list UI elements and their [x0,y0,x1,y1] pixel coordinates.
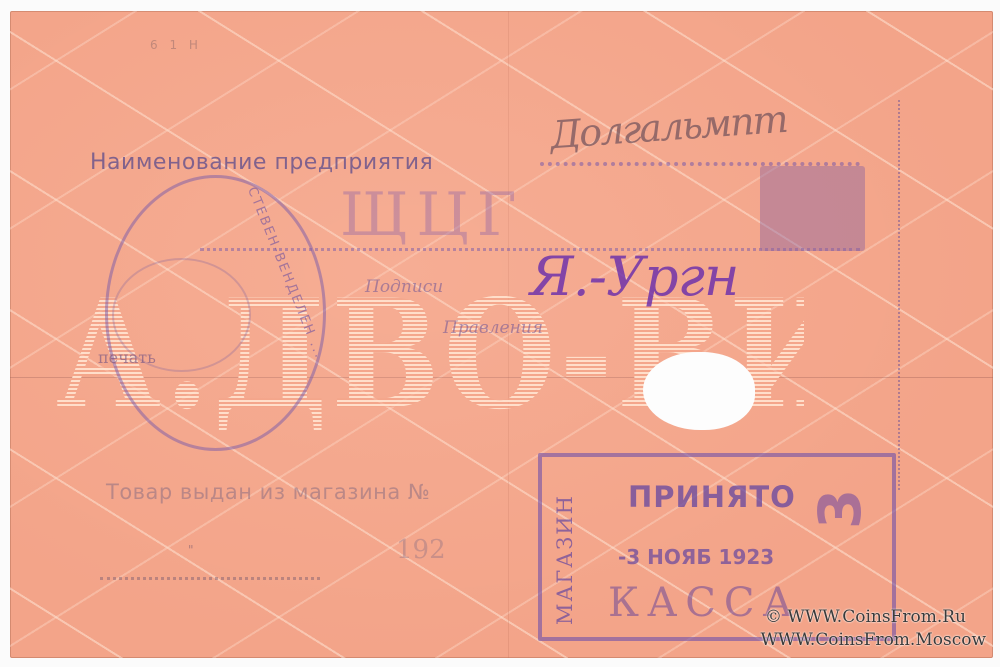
dotted-line-right [898,100,900,490]
seal-label: печать [98,348,156,367]
year-label: 192 [396,535,446,565]
watermark-letter: К [972,280,1000,430]
serial-fragment: 6 1 Н [150,38,202,52]
board-label: Правления [443,318,543,338]
cancellation-hole [643,352,755,430]
handwritten-signature: Я.-Ургн [530,245,738,308]
rectangular-ink-stamp [760,166,865,251]
enterprise-name-label: Наименование предприятия [90,150,433,175]
faded-stamp-mark: ЩЦГ [340,180,525,250]
box-stamp-number: 3 [806,489,874,529]
date-quote-mark: " [188,543,194,557]
box-stamp-side-text: МАГАЗИН [553,494,577,625]
box-stamp-title: ПРИНЯТО [628,480,796,514]
watermark-letter: ВО [331,280,559,430]
goods-issued-label: Товар выдан из магазина № [106,480,430,504]
box-stamp-date: -3 НОЯБ 1923 [618,545,774,569]
watermark-credit-ru: © WWW.CoinsFrom.Ru [765,607,966,627]
dotted-line-date [100,577,320,580]
watermark-credit-moscow: WWW.CoinsFrom.Moscow [760,630,986,650]
watermark-letter: Л [854,280,972,430]
signatures-label: Подписи [365,277,443,297]
